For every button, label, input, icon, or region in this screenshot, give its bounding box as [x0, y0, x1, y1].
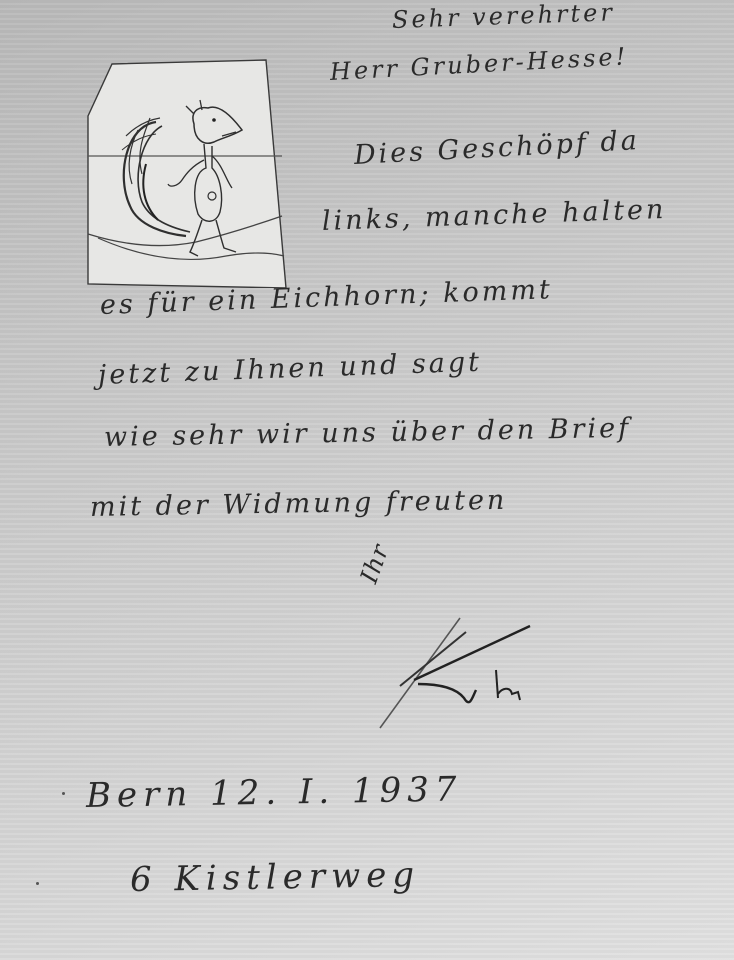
- ink-dot: [62, 792, 65, 795]
- squirrel-sketch: [86, 56, 288, 288]
- signature-klee: [360, 568, 540, 738]
- place-date: Bern 12. I. 1937: [86, 769, 463, 816]
- address: 6 Kistlerweg: [130, 855, 421, 900]
- ink-dot: [36, 882, 39, 885]
